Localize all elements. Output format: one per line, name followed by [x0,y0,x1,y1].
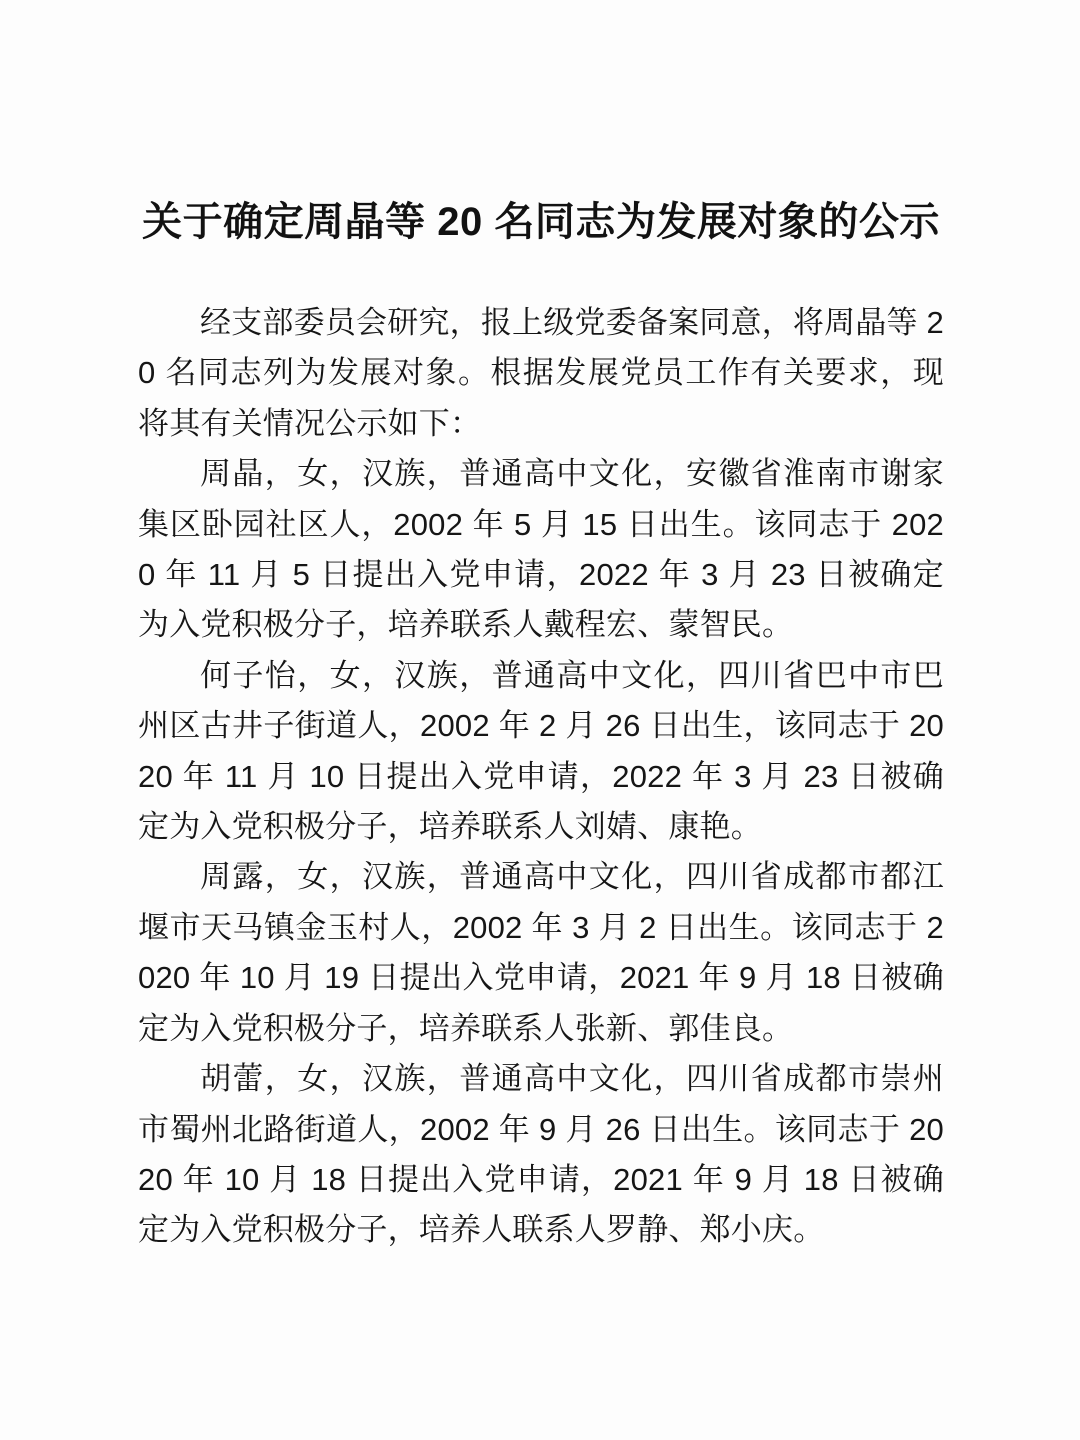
paragraph-person-hulei: 胡蕾，女，汉族，普通高中文化，四川省成都市崇州市蜀州北路街道人，2002 年 9… [138,1054,944,1256]
paragraph-intro: 经支部委员会研究，报上级党委备案同意，将周晶等 20 名同志列为发展对象。根据发… [138,298,944,449]
document-body: 关于确定周晶等 20 名同志为发展对象的公示 经支部委员会研究，报上级党委备案同… [138,194,944,1256]
paragraph-person-zhoujing: 周晶，女，汉族，普通高中文化，安徽省淮南市谢家集区卧园社区人，2002 年 5 … [138,449,944,651]
paragraph-person-zhoulu: 周露，女，汉族，普通高中文化，四川省成都市都江堰市天马镇金玉村人，2002 年 … [138,852,944,1054]
paragraph-person-heziyi: 何子怡，女，汉族，普通高中文化，四川省巴中市巴州区古井子街道人，2002 年 2… [138,651,944,853]
document-title: 关于确定周晶等 20 名同志为发展对象的公示 [138,194,944,250]
document-page: 关于确定周晶等 20 名同志为发展对象的公示 经支部委员会研究，报上级党委备案同… [0,0,1080,1440]
